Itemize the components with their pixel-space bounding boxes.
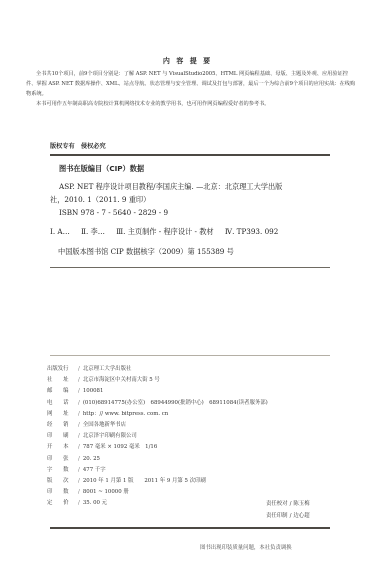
- footer-divider: [50, 527, 330, 529]
- pub-row-website: 网 址/http：// www. bitpress. com. cn: [47, 409, 268, 420]
- cip-library-record: 中国版本图书馆 CIP 数据核字（2009）第 155389 号: [58, 247, 234, 257]
- abstract-paragraph: 全书共10个项目，前9个项目分别是：了解 ASP. NET 与 VisualSt…: [26, 69, 356, 99]
- pub-row-edition: 版 次/2010 年 1 月第 1 版 2011 年 9 月第 5 次印刷: [47, 476, 268, 487]
- cip-classification: Ⅰ. A… Ⅱ. 李… Ⅲ. 主页制作 - 程序设计 - 教材 Ⅳ. TP393…: [50, 227, 287, 237]
- cip-class-item: Ⅳ. TP393. 092: [225, 227, 278, 236]
- pub-row-phone: 电 话/(010)68914775(办公室) 68944990(批销中心) 68…: [47, 398, 268, 409]
- pub-row-publisher: 出版发行/北京理工大学出版社: [47, 364, 268, 375]
- copyright-divider: [50, 154, 330, 156]
- pub-row-format: 开 本/787 毫米 × 1092 毫米 1/16: [47, 442, 268, 453]
- responsibility-printing: 责任印制/边心超: [266, 511, 310, 519]
- pub-row-postcode: 邮 编/100081: [47, 386, 268, 397]
- cip-publisher-line: 社，2010. 1（2011. 9 重印）: [50, 193, 360, 206]
- cip-isbn: ISBN 978 - 7 - 5640 - 2829 - 9: [50, 206, 360, 219]
- pub-row-address: 社 址/北京市海淀区中关村南大街 5 号: [47, 375, 268, 386]
- publication-info: 出版发行/北京理工大学出版社 社 址/北京市海淀区中关村南大街 5 号 邮 编/…: [47, 364, 268, 509]
- pub-row-print-run: 印 数/8001 ~ 10000 册: [47, 487, 268, 498]
- cip-divider: [50, 267, 330, 268]
- copyright-right: 侵权必究: [81, 143, 106, 150]
- copyright-left: 版权专有: [50, 143, 75, 150]
- cip-record: ASP. NET 程序设计项目教程/李国庆主编. —北京：北京理工大学出版 社，…: [50, 180, 360, 219]
- pub-row-wordcount: 字 数/477 千字: [47, 465, 268, 476]
- quality-notice: 图书出现印装质量问题，本社负责调换: [200, 543, 292, 551]
- pub-row-sheets: 印 张/20. 25: [47, 454, 268, 465]
- cip-class-item: Ⅲ. 主页制作 - 程序设计 - 教材: [116, 227, 213, 236]
- cip-class-item: Ⅱ. 李…: [81, 227, 105, 236]
- abstract-body: 全书共10个项目，前9个项目分别是：了解 ASP. NET 与 VisualSt…: [26, 69, 356, 109]
- cip-title-line: ASP. NET 程序设计项目教程/李国庆主编. —北京：北京理工大学出版: [50, 180, 360, 193]
- pub-row-distributor: 经 销/全国各地新华书店: [47, 420, 268, 431]
- copyright-notice: 版权专有 侵权必究: [50, 141, 106, 150]
- abstract-title: 内 容 提 要: [0, 56, 375, 66]
- pub-row-printer: 印 刷/北京泽宇印刷有限公司: [47, 431, 268, 442]
- cip-heading: 图书在版编目（CIP）数据: [59, 164, 144, 174]
- publication-divider: [50, 355, 330, 356]
- pub-row-price: 定 价/35. 00 元: [47, 498, 268, 509]
- cip-class-item: Ⅰ. A…: [50, 227, 70, 236]
- abstract-paragraph: 本书可用作五年制高职高专院校计算机网络技术专业的教学用书，也可用作网页编程爱好者…: [26, 99, 356, 109]
- responsibility-proofreader: 责任校对/陈玉梅: [266, 499, 310, 507]
